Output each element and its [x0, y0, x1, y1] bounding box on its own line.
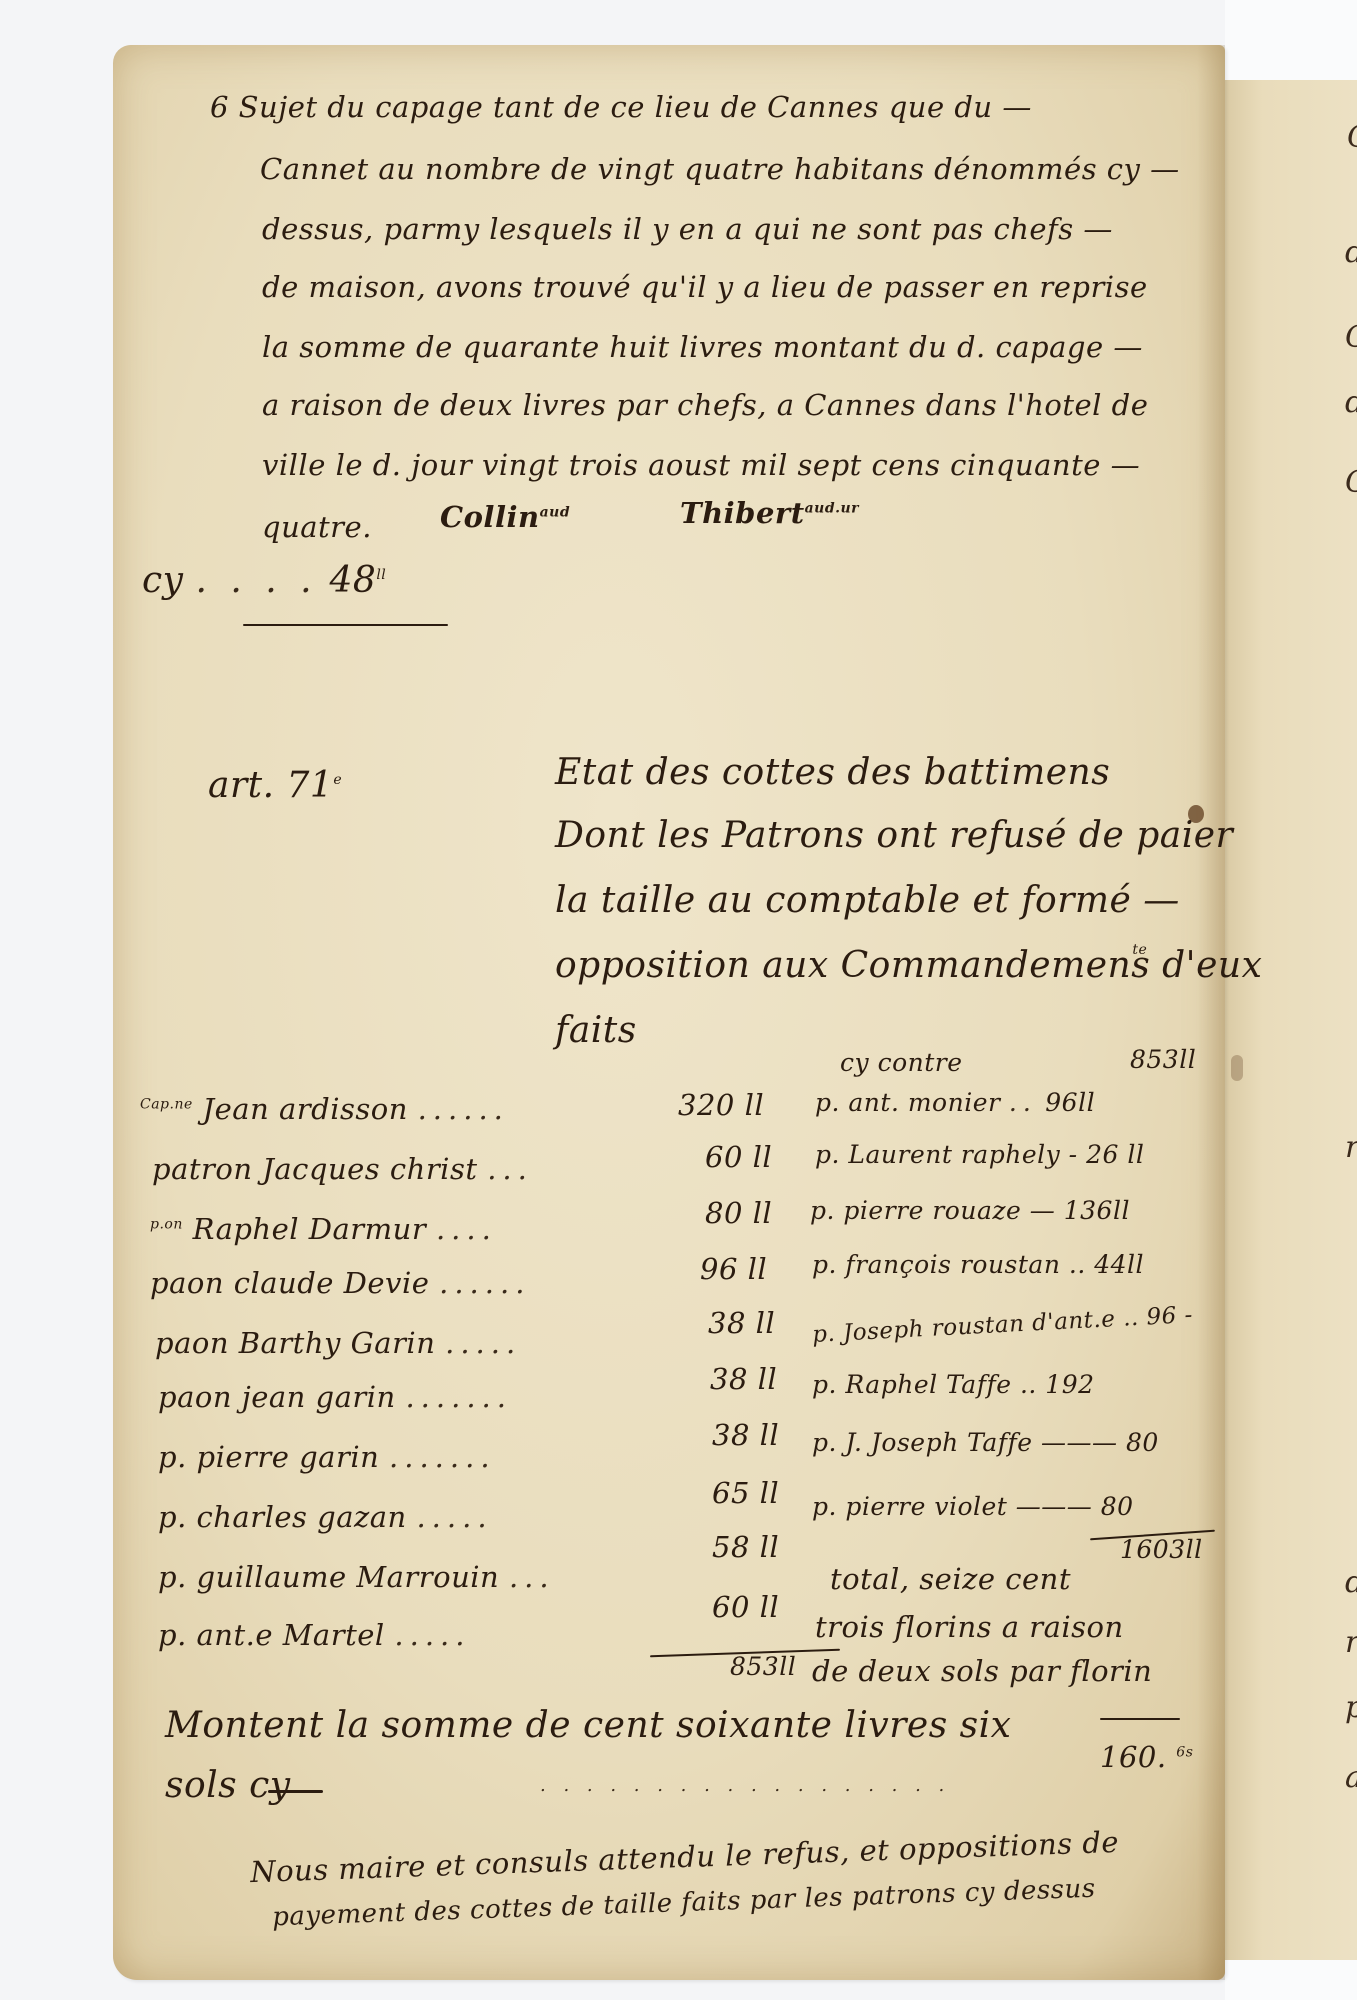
ledger-left-amount: 65 ll: [712, 1476, 779, 1510]
margin-total-unit: ll: [376, 567, 386, 583]
ledger-right-row: p. pierre rouaze — 136ll: [810, 1196, 1130, 1225]
facing-page-mark: a: [1345, 1760, 1357, 1795]
row-amount: 60: [712, 1590, 750, 1624]
ledger-left-amount: 60 ll: [712, 1590, 779, 1624]
facing-page-mark: r: [1345, 1625, 1357, 1660]
ledger-left-row: paon Barthy Garin .....: [155, 1326, 521, 1360]
row-leader: .....: [416, 1500, 492, 1534]
row-title: paon: [150, 1266, 224, 1300]
total-text-line: de deux sols par florin: [812, 1654, 1152, 1688]
article-title-text: opposition aux Commandemens d'eux: [555, 945, 1262, 986]
row-title: Cap.ne: [140, 1096, 193, 1112]
row-name: claude Devie: [234, 1266, 430, 1300]
row-amount: 38: [710, 1362, 748, 1396]
carried-forward-unit: ll: [1179, 1045, 1196, 1074]
row-unit: ll: [745, 1088, 765, 1122]
row-unit: ll: [1127, 1140, 1144, 1169]
row-amount: 80: [1126, 1428, 1159, 1457]
row-name: Raphel Taffe: [845, 1370, 1011, 1399]
total-text-line: trois florins a raison: [815, 1610, 1124, 1644]
row-unit: ll: [753, 1196, 773, 1230]
ledger-left-row: Cap.ne Jean ardisson ......: [140, 1092, 509, 1126]
row-title: p.: [158, 1500, 187, 1534]
ledger-left-amount: 96 ll: [700, 1252, 767, 1286]
row-amount: 65: [712, 1476, 750, 1510]
row-amount: 58: [712, 1530, 750, 1564]
ledger-left-amount: 58 ll: [712, 1530, 779, 1564]
row-amount: 192: [1045, 1370, 1094, 1399]
ledger-left-row: p. charles gazan .....: [158, 1500, 493, 1534]
row-amount: 320: [678, 1088, 735, 1122]
row-amount: 26: [1086, 1140, 1119, 1169]
article-title-line: faits: [555, 1010, 637, 1051]
row-title: p.: [812, 1492, 837, 1521]
row-name: Laurent raphely: [848, 1140, 1060, 1169]
row-name: pierre rouaze: [843, 1196, 1021, 1225]
row-name: françois roustan: [845, 1250, 1060, 1279]
summary-rule: [1100, 1718, 1180, 1720]
subtotal-unit: ll: [779, 1652, 796, 1681]
row-title: p.: [812, 1250, 837, 1279]
article-label: art. 71: [208, 765, 333, 806]
row-name: pierre violet: [845, 1492, 1007, 1521]
ledger-left-amount: 38 ll: [710, 1362, 777, 1396]
row-unit: ll: [753, 1140, 773, 1174]
signature-name: Collin: [440, 500, 540, 534]
row-leader: ....: [436, 1212, 497, 1246]
ledger-left-amount: 60 ll: [705, 1140, 772, 1174]
ledger-left-row: p.on Raphel Darmur ....: [150, 1212, 497, 1246]
row-title: p.: [158, 1440, 187, 1474]
total-text-line: total, seize cent: [830, 1562, 1071, 1596]
row-unit: ll: [760, 1418, 780, 1452]
row-title: p.: [815, 1140, 840, 1169]
row-leader: .....: [394, 1618, 470, 1652]
ledger-right-row: p. françois roustan .. 44ll: [812, 1250, 1144, 1279]
article-title-line: Etat des cottes des battimens: [555, 752, 1110, 793]
carried-forward-value: 853: [1130, 1045, 1179, 1074]
summary-leader: . . . . . . . . . . . . . . . . . .: [540, 1775, 950, 1796]
facing-page-mark: d: [1345, 235, 1357, 270]
summary-sols: 6s: [1176, 1744, 1193, 1760]
row-unit: ll: [758, 1362, 778, 1396]
row-name: jean garin: [242, 1380, 396, 1414]
row-title: p.: [812, 1370, 837, 1399]
facing-page-mark: d: [1345, 1565, 1357, 1600]
paragraph-1-line: de maison, avons trouvé qu'il y a lieu d…: [262, 270, 1148, 304]
row-title: p.: [810, 1196, 835, 1225]
facing-page-mark: d: [1345, 385, 1357, 420]
row-amount: 60: [705, 1140, 743, 1174]
row-name: charles gazan: [197, 1500, 407, 1534]
summary-underline: [268, 1790, 323, 1793]
ledger-right-row: p. pierre violet ——— 80: [812, 1492, 1134, 1521]
row-leader: ......: [418, 1092, 509, 1126]
row-name: Barthy Garin: [239, 1326, 436, 1360]
ledger-left-amount: 38 ll: [712, 1418, 779, 1452]
paragraph-1-line: dessus, parmy lesquels il y en a qui ne …: [262, 212, 1113, 246]
summary-line: Montent la somme de cent soixante livres…: [165, 1705, 1011, 1746]
subtotal-value: 853: [730, 1652, 779, 1681]
row-amount: 96: [1045, 1088, 1078, 1117]
signature-thibert: Thibertaud.ur: [680, 496, 859, 530]
row-leader: .....: [445, 1326, 521, 1360]
total-value: 1603: [1120, 1535, 1186, 1564]
paragraph-1-line: quatre.: [262, 510, 372, 544]
ledger-left-row: p. pierre garin .......: [158, 1440, 496, 1474]
total-unit: ll: [1186, 1535, 1203, 1564]
margin-total-amount: 48: [330, 560, 377, 601]
margin-total-label: cy: [142, 560, 184, 601]
facing-page-mark: p: [1345, 1690, 1357, 1725]
row-unit: ll: [760, 1476, 780, 1510]
ink-stain: [1231, 1055, 1243, 1081]
row-title: patron: [152, 1152, 253, 1186]
row-amount: 136: [1064, 1196, 1113, 1225]
row-name: guillaume Marrouin: [197, 1560, 500, 1594]
signature-title: aud.ur: [805, 500, 859, 516]
ledger-left-row: p. ant.e Martel .....: [158, 1618, 470, 1652]
row-leader: .......: [405, 1380, 512, 1414]
row-leader: ...: [509, 1560, 555, 1594]
ledger-left-row: paon jean garin .......: [158, 1380, 512, 1414]
ledger-left-row: patron Jacques christ ...: [152, 1152, 533, 1186]
facing-page: [1222, 80, 1357, 1960]
row-leader: ...: [487, 1152, 533, 1186]
row-name: ant. monier: [848, 1088, 1000, 1117]
row-title: p.on: [150, 1216, 183, 1232]
article-title-line: Dont les Patrons ont refusé de paier: [555, 815, 1233, 856]
row-unit: ll: [748, 1252, 768, 1286]
row-title: p.: [158, 1618, 187, 1652]
row-name: ant.e Martel: [197, 1618, 385, 1652]
row-leader: .......: [389, 1440, 496, 1474]
facing-page-mark: C: [1345, 465, 1357, 500]
ledger-right-row: p. ant. monier .. 96ll: [815, 1088, 1095, 1117]
row-amount: 38: [708, 1306, 746, 1340]
margin-total: cy . . . . 48ll: [142, 560, 386, 601]
row-leader: ......: [439, 1266, 530, 1300]
row-title: paon: [155, 1326, 229, 1360]
paragraph-1-line: a raison de deux livres par chefs, a Can…: [262, 388, 1148, 422]
row-unit: ll: [1127, 1250, 1144, 1279]
row-unit: ll: [760, 1590, 780, 1624]
paragraph-1-line: la somme de quarante huit livres montant…: [262, 330, 1143, 364]
row-unit: ll: [760, 1530, 780, 1564]
facing-page-mark: C: [1347, 120, 1357, 155]
carried-forward-label: cy contre: [840, 1048, 963, 1077]
margin-total-leader: . . . .: [195, 560, 317, 601]
summary-livres: 160.: [1100, 1740, 1167, 1774]
ledger-left-row: paon claude Devie ......: [150, 1266, 530, 1300]
row-name: Jean ardisson: [203, 1092, 408, 1126]
ledger-left-amount: 38 ll: [708, 1306, 775, 1340]
ledger-left-amount: 80 ll: [705, 1196, 772, 1230]
row-name: Jacques christ: [262, 1152, 477, 1186]
facing-page-mark: C: [1345, 320, 1357, 355]
row-title: p.: [815, 1088, 840, 1117]
paragraph-1-line: ville le d. jour vingt trois aoust mil s…: [262, 448, 1140, 482]
row-name: J. Joseph Taffe: [845, 1428, 1032, 1457]
row-name: pierre garin: [197, 1440, 380, 1474]
signature-name: Thibert: [680, 496, 805, 530]
summary-amount: 160. 6s: [1100, 1740, 1193, 1774]
ledger-left-row: p. guillaume Marrouin ...: [158, 1560, 555, 1594]
row-title: p.: [812, 1428, 837, 1457]
carried-forward-amount: 853ll: [1130, 1045, 1196, 1074]
signature-title: aud: [540, 504, 571, 520]
row-title: p.: [812, 1321, 836, 1348]
ledger-right-row: p. J. Joseph Taffe ——— 80: [812, 1428, 1159, 1457]
row-amount: 96: [700, 1252, 738, 1286]
paragraph-1-line: Cannet au nombre de vingt quatre habitan…: [260, 152, 1180, 186]
ledger-left-amount: 320 ll: [678, 1088, 764, 1122]
row-name: Raphel Darmur: [193, 1212, 427, 1246]
row-unit: ll: [756, 1306, 776, 1340]
paragraph-1-line: 6 Sujet du capage tant de ce lieu de Can…: [210, 90, 1032, 124]
row-unit: ll: [1113, 1196, 1130, 1225]
summary-line: sols cy: [165, 1765, 291, 1806]
article-title-abbrev: te: [1132, 942, 1147, 958]
row-title: p.: [158, 1560, 187, 1594]
ledger-right-row: p. Raphel Taffe .. 192: [812, 1370, 1095, 1399]
article-suffix: e: [333, 772, 342, 788]
article-title-line: la taille au comptable et formé —: [555, 880, 1180, 921]
row-amount: 96: [1146, 1303, 1178, 1331]
ledger-right-row: p. Laurent raphely - 26 ll: [815, 1140, 1144, 1169]
article-title-line: opposition aux Commandemens d'euxte: [555, 945, 1277, 986]
row-amount: 44: [1094, 1250, 1127, 1279]
row-unit: ll: [1078, 1088, 1095, 1117]
article-number: art. 71e: [208, 765, 342, 806]
row-amount: 80: [1101, 1492, 1134, 1521]
row-amount: 80: [705, 1196, 743, 1230]
facing-page-mark: r: [1345, 1130, 1357, 1165]
row-title: paon: [158, 1380, 232, 1414]
section-divider: [243, 624, 448, 626]
ledger-left-subtotal: 853ll: [730, 1652, 796, 1681]
row-amount: 38: [712, 1418, 750, 1452]
ledger-right-total: 1603ll: [1120, 1535, 1203, 1564]
signature-collin: Collinaud: [440, 500, 570, 534]
